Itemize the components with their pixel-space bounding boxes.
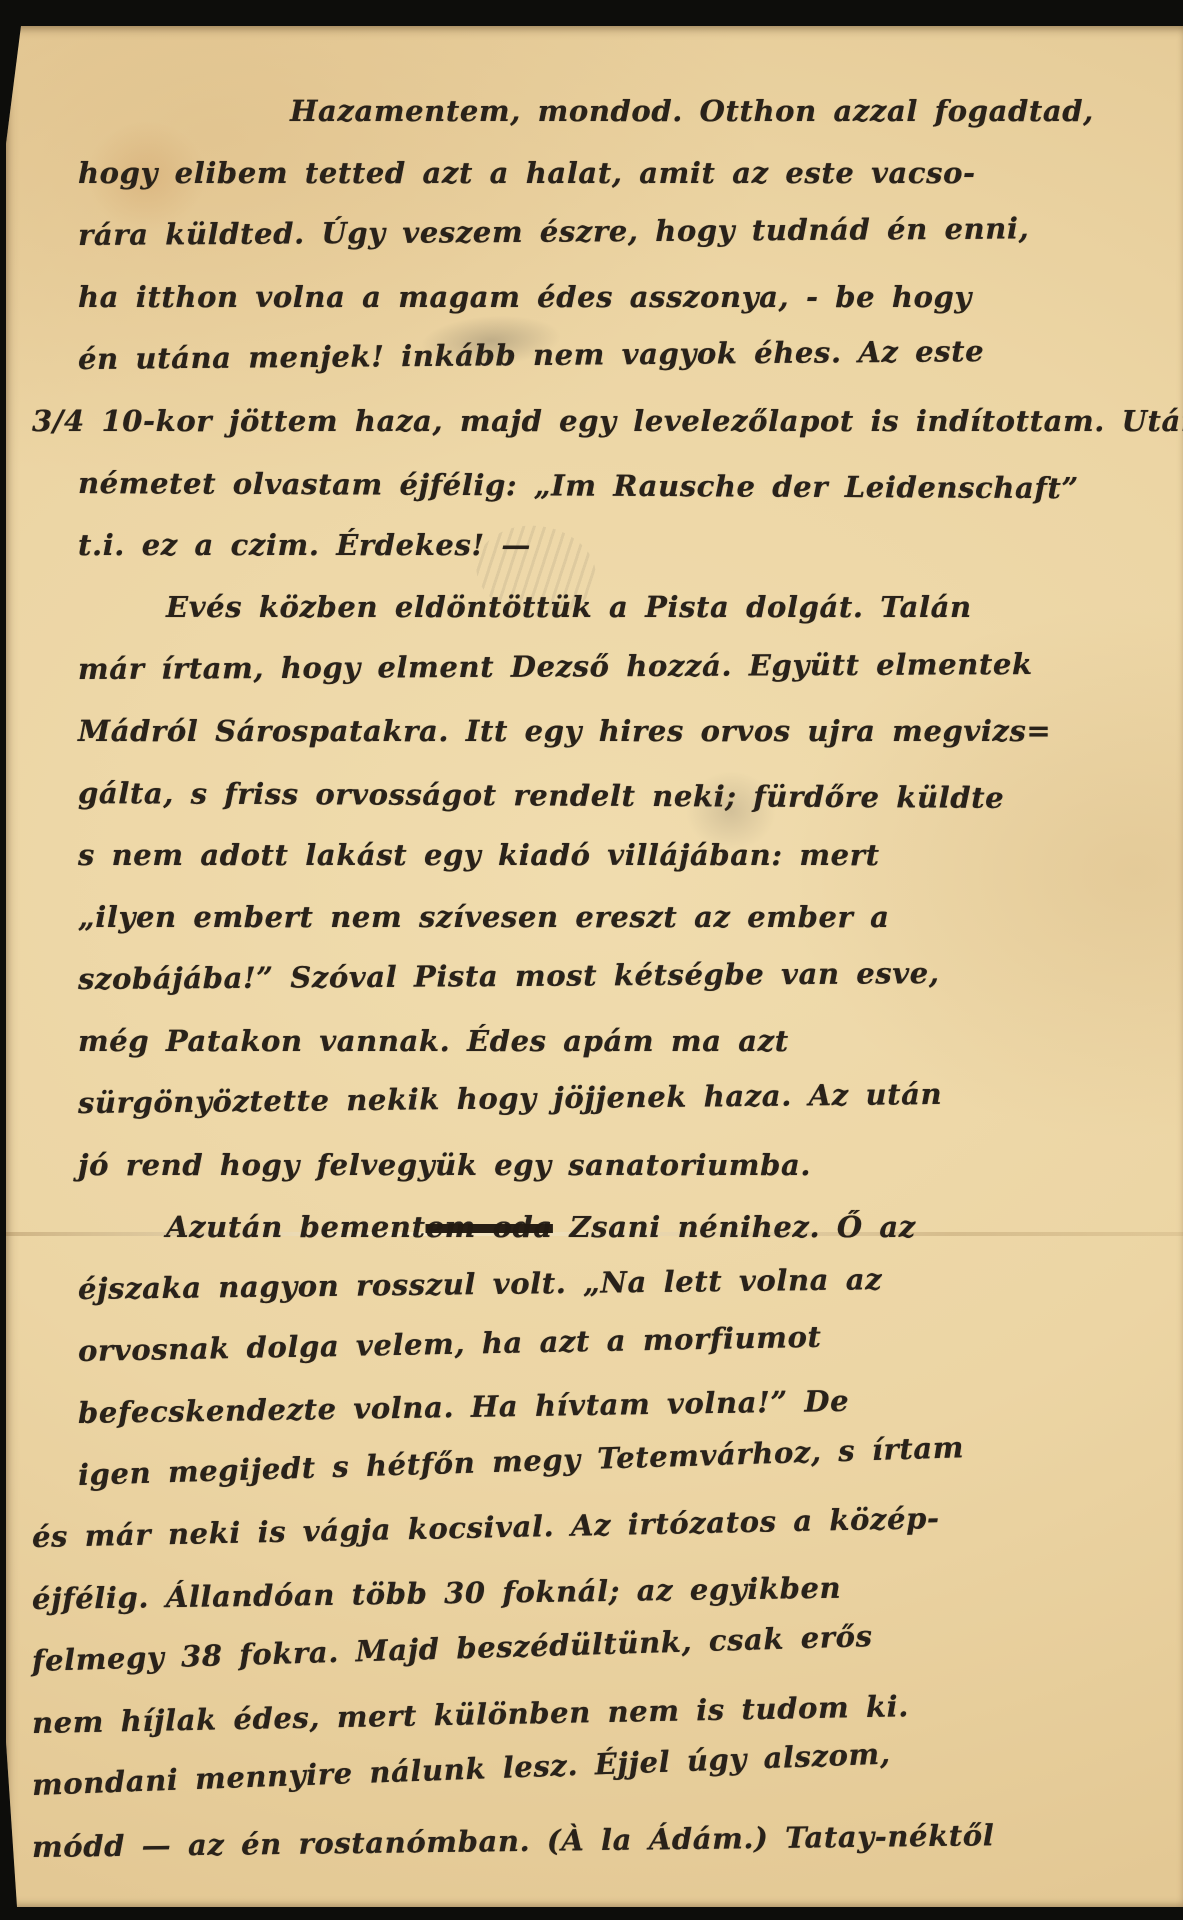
letter-line: Hazamentem, mondod. Otthon azzal fogadta… <box>78 80 1173 142</box>
letter-line: gálta, s friss orvosságot rendelt neki; … <box>78 762 1173 830</box>
letter-line: rára küldted. Úgy veszem észre, hogy tud… <box>78 196 1173 266</box>
letter-line-text: Azután bement <box>166 1210 426 1244</box>
letter-line: már írtam, hogy elment Dezső hozzá. Együ… <box>78 632 1173 700</box>
letter-line: t.i. ez a czim. Érdekes! — <box>78 514 1173 576</box>
letter-line: Mádról Sárospatakra. Itt egy hires orvos… <box>78 700 1173 762</box>
crossed-out-word: em oda <box>426 1210 553 1244</box>
letter-line: s nem adott lakást egy kiadó villájában:… <box>78 824 1173 886</box>
letter-line-text: Zsani nénihez. Ő az <box>553 1210 916 1244</box>
letter-line: sürgönyöztette nekik hogy jöjjenek haza.… <box>78 1061 1174 1134</box>
letter-paper-sheet: Hazamentem, mondod. Otthon azzal fogadta… <box>6 26 1183 1907</box>
letter-line: szobájába!” Szóval Pista most kétségbe v… <box>78 940 1173 1010</box>
letter-line: jó rend hogy felvegyük egy sanatoriumba. <box>78 1134 1173 1196</box>
letter-line: ha itthon volna a magam édes asszonya, -… <box>78 266 1173 328</box>
letter-line: „ilyen embert nem szívesen ereszt az emb… <box>78 886 1173 948</box>
letter-line: én utána menjek! inkább nem vagyok éhes.… <box>78 318 1173 390</box>
scanner-background: Hazamentem, mondod. Otthon azzal fogadta… <box>0 0 1183 1920</box>
letter-line: németet olvastam éjfélig: „Im Rausche de… <box>78 452 1173 520</box>
letter-line: Evés közben eldöntöttük a Pista dolgát. … <box>78 576 1173 638</box>
letter-line: hogy elibem tetted azt a halat, amit az … <box>78 142 1173 204</box>
letter-line: 3/4 10-kor jöttem haza, majd egy levelez… <box>32 390 1173 452</box>
letter-line: módd — az én rostanómban. (À la Ádám.) T… <box>32 1802 1174 1878</box>
handwritten-letter-text: Hazamentem, mondod. Otthon azzal fogadta… <box>6 26 1183 1907</box>
